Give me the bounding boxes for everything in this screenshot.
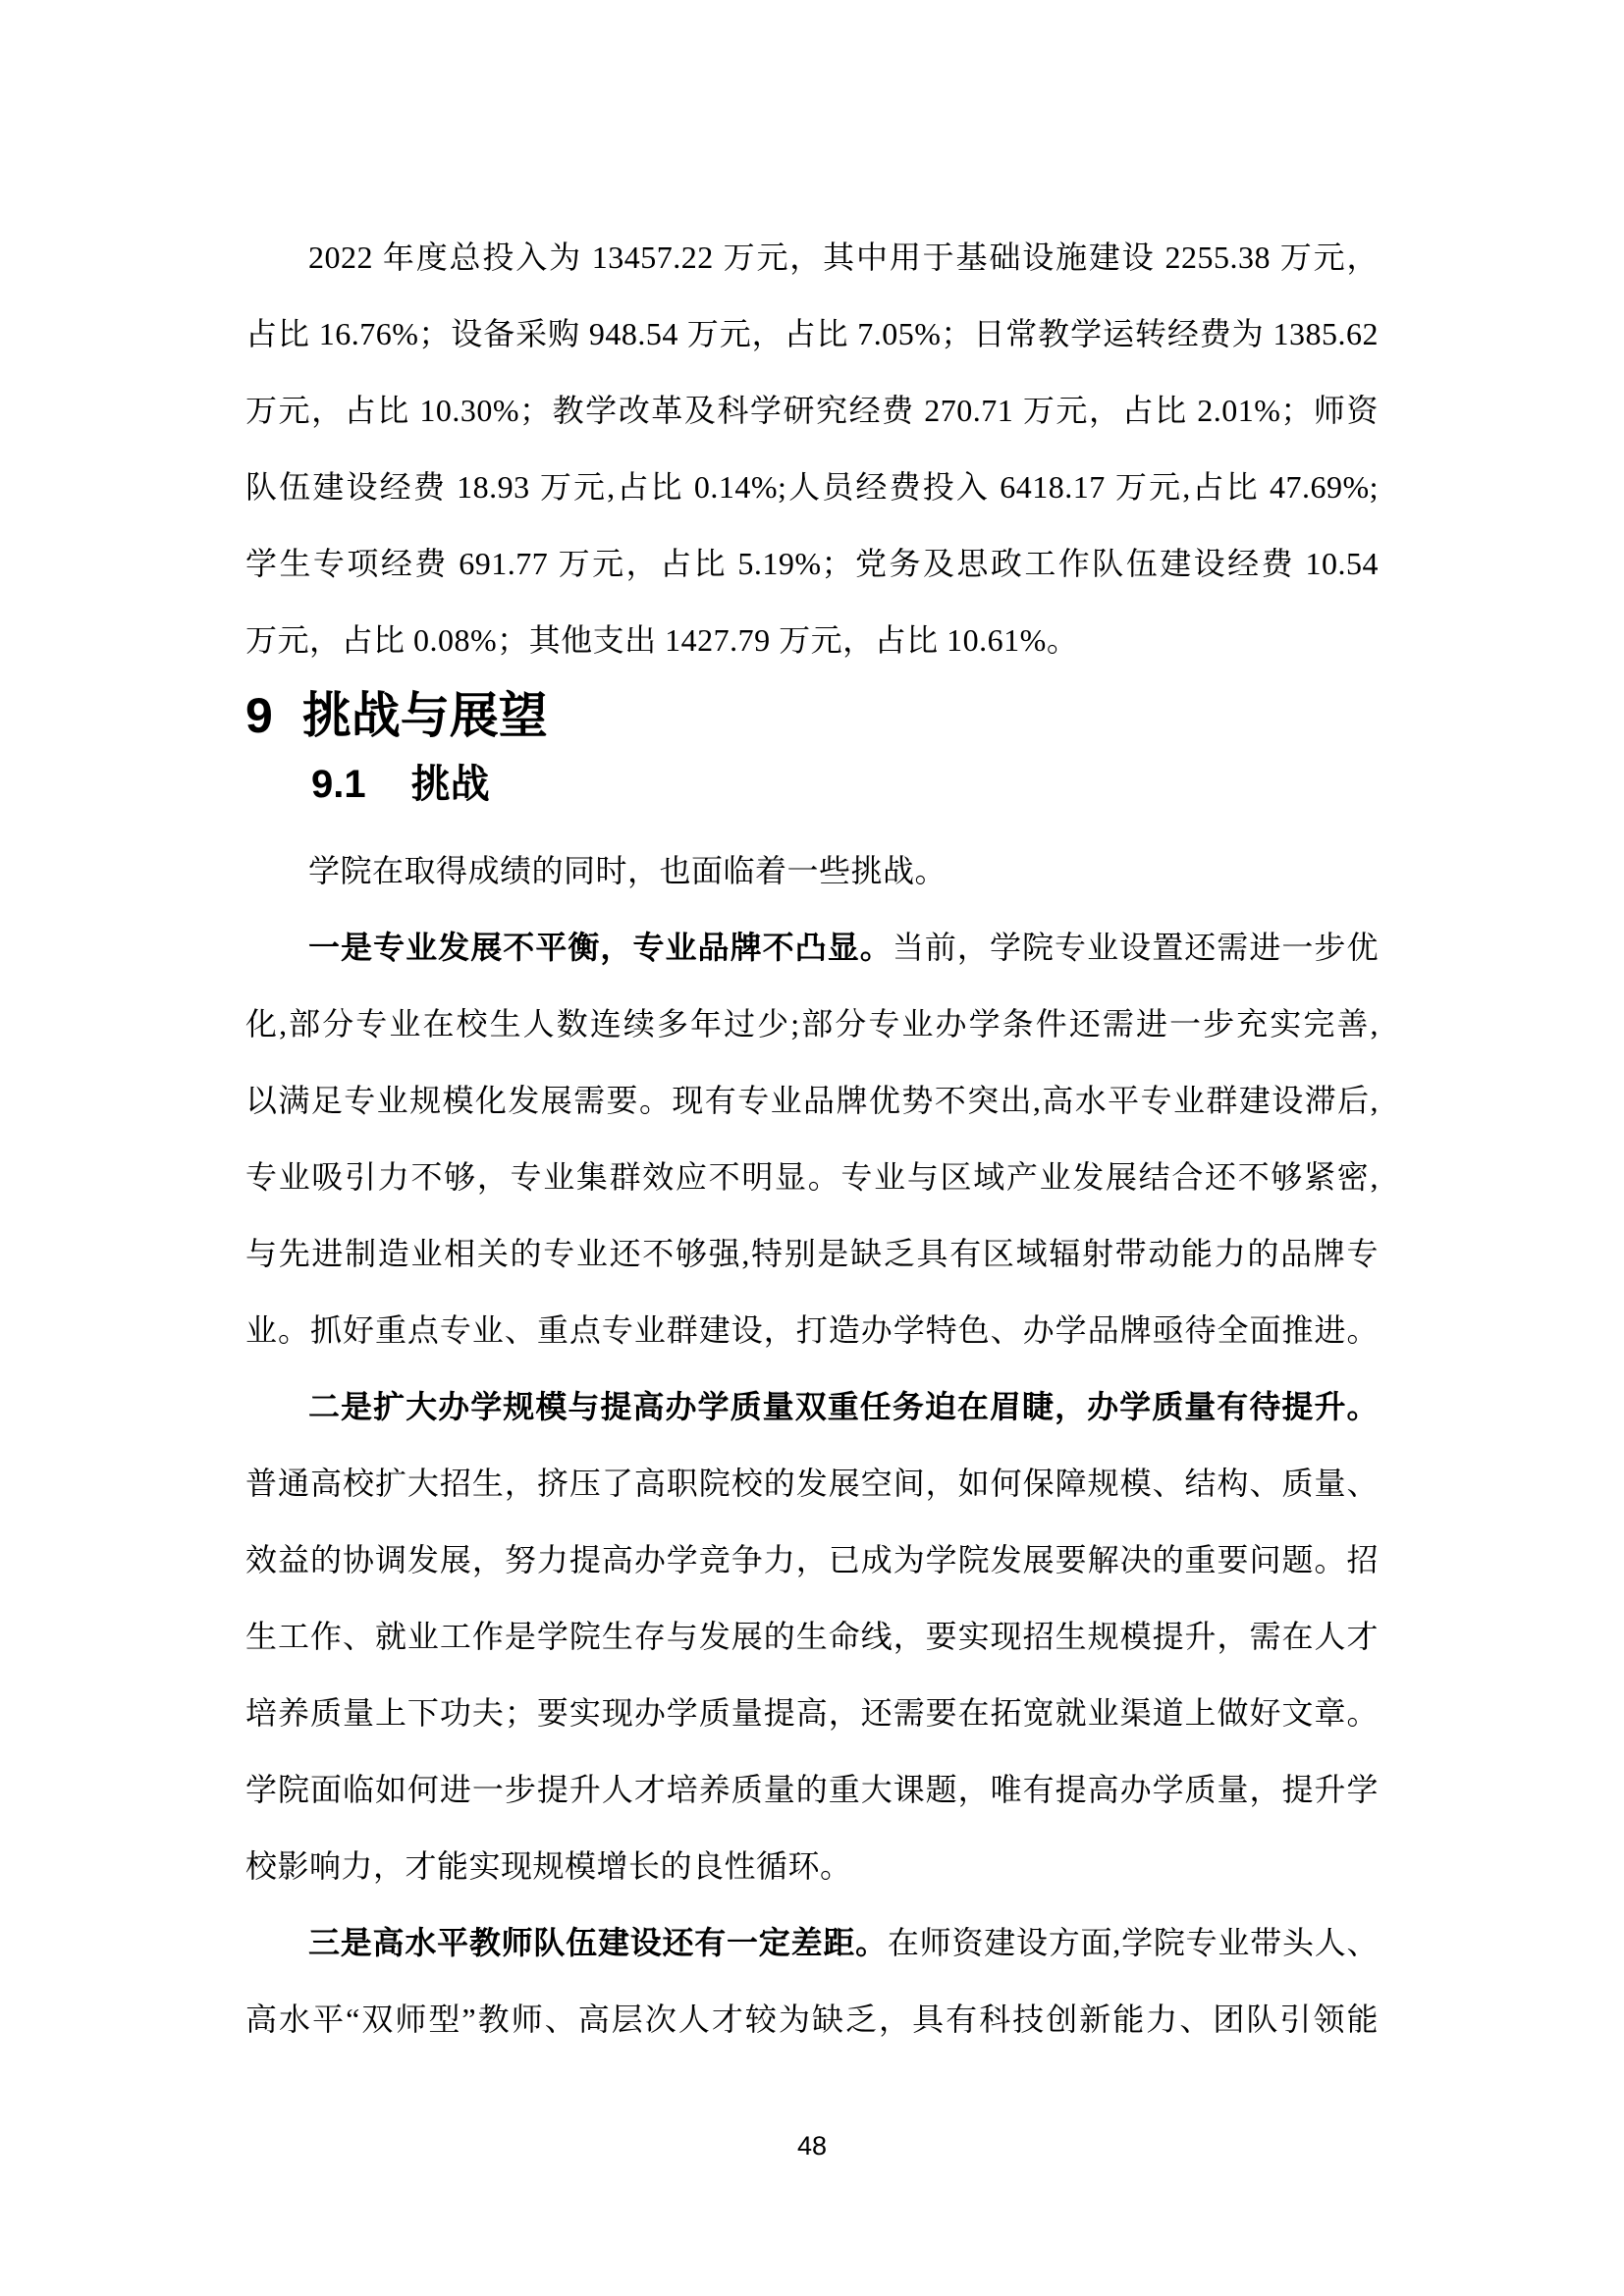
text-line: 专业吸引力不够，专业集群效应不明显。专业与区域产业发展结合还不够紧密, <box>245 1139 1379 1215</box>
text-line: 学院面临如何进一步提升人才培养质量的重大课题，唯有提高办学质量，提升学 <box>245 1751 1379 1828</box>
challenge-3-lead-bold: 三是高水平教师队伍建设还有一定差距。 <box>308 1925 888 1960</box>
text-line: 一是专业发展不平衡，专业品牌不凸显。当前，学院专业设置还需进一步优 <box>245 909 1379 986</box>
text-line: 2022 年度总投入为 13457.22 万元，其中用于基础设施建设 2255.… <box>245 219 1379 295</box>
text-line: 三是高水平教师队伍建设还有一定差距。在师资建设方面,学院专业带头人、 <box>245 1904 1379 1981</box>
text-line: 效益的协调发展，努力提高办学竞争力，已成为学院发展要解决的重要问题。招 <box>245 1522 1379 1598</box>
page-number: 48 <box>0 2130 1624 2162</box>
text-line: 以满足专业规模化发展需要。现有专业品牌优势不突出,高水平专业群建设滞后, <box>245 1062 1379 1139</box>
text-line: 业。抓好重点专业、重点专业群建设，打造办学特色、办学品牌亟待全面推进。 <box>245 1292 1379 1368</box>
text-line: 化,部分专业在校生人数连续多年过少;部分专业办学条件还需进一步充实完善, <box>245 986 1379 1062</box>
paragraph-challenge-2: 二是扩大办学规模与提高办学质量双重任务迫在眉睫，办学质量有待提升。 普通高校扩大… <box>245 1368 1379 1904</box>
subsection-number: 9.1 <box>311 763 366 806</box>
text-line: 校影响力，才能实现规模增长的良性循环。 <box>245 1828 1379 1904</box>
subsection-heading-9-1: 9.1挑战 <box>245 757 1379 812</box>
challenge-2-lead-bold: 二是扩大办学规模与提高办学质量双重任务迫在眉睫，办学质量有待提升。 <box>308 1389 1379 1424</box>
text-line: 学生专项经费 691.77 万元，占比 5.19%；党务及思政工作队伍建设经费 … <box>245 525 1379 602</box>
text-line: 培养质量上下功夫；要实现办学质量提高，还需要在拓宽就业渠道上做好文章。 <box>245 1675 1379 1751</box>
challenge-3-lead-rest: 在师资建设方面,学院专业带头人、 <box>888 1925 1379 1960</box>
section-title: 挑战与展望 <box>302 688 548 743</box>
text-line: 队伍建设经费 18.93 万元,占比 0.14%;人员经费投入 6418.17 … <box>245 449 1379 525</box>
text-line: 高水平“双师型”教师、高层次人才较为缺乏，具有科技创新能力、团队引领能 <box>245 1981 1379 2057</box>
paragraph-challenge-3: 三是高水平教师队伍建设还有一定差距。在师资建设方面,学院专业带头人、 高水平“双… <box>245 1904 1379 2057</box>
subsection-title: 挑战 <box>411 763 490 806</box>
paragraph-intro: 学院在取得成绩的同时，也面临着一些挑战。 <box>245 832 1379 909</box>
document-page: 2022 年度总投入为 13457.22 万元，其中用于基础设施建设 2255.… <box>0 0 1624 2296</box>
text-line: 二是扩大办学规模与提高办学质量双重任务迫在眉睫，办学质量有待提升。 <box>245 1368 1379 1445</box>
paragraph-funding-2022: 2022 年度总投入为 13457.22 万元，其中用于基础设施建设 2255.… <box>245 219 1379 678</box>
challenge-1-lead-bold: 一是专业发展不平衡，专业品牌不凸显。 <box>308 930 893 965</box>
challenge-1-lead-rest: 当前，学院专业设置还需进一步优 <box>893 930 1379 965</box>
section-heading-9: 9挑战与展望 <box>245 682 1379 749</box>
text-line: 万元，占比 0.08%；其他支出 1427.79 万元，占比 10.61%。 <box>245 602 1379 678</box>
paragraph-challenge-1: 一是专业发展不平衡，专业品牌不凸显。当前，学院专业设置还需进一步优 化,部分专业… <box>245 909 1379 1368</box>
text-line: 生工作、就业工作是学院生存与发展的生命线，要实现招生规模提升，需在人才 <box>245 1598 1379 1675</box>
text-line: 学院在取得成绩的同时，也面临着一些挑战。 <box>245 832 1379 909</box>
text-line: 万元，占比 10.30%；教学改革及科学研究经费 270.71 万元，占比 2.… <box>245 372 1379 449</box>
section-number: 9 <box>245 688 273 743</box>
page-content: 2022 年度总投入为 13457.22 万元，其中用于基础设施建设 2255.… <box>245 219 1379 2057</box>
text-line: 与先进制造业相关的专业还不够强,特别是缺乏具有区域辐射带动能力的品牌专 <box>245 1215 1379 1292</box>
text-line: 普通高校扩大招生，挤压了高职院校的发展空间，如何保障规模、结构、质量、 <box>245 1445 1379 1522</box>
text-line: 占比 16.76%；设备采购 948.54 万元，占比 7.05%；日常教学运转… <box>245 295 1379 372</box>
